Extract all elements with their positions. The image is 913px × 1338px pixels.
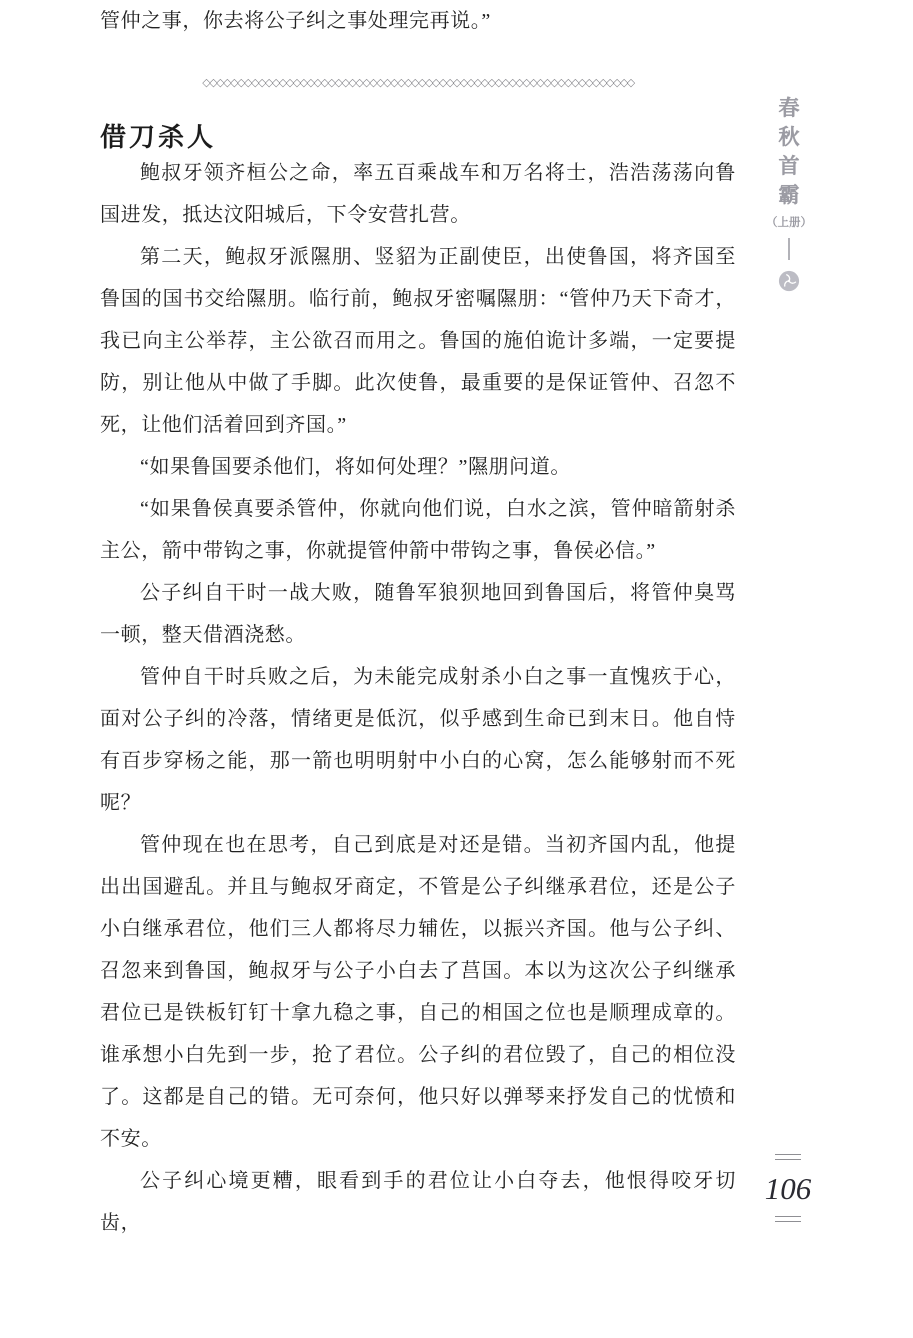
spine-divider-line	[788, 238, 790, 260]
volume-label: （上册）	[766, 216, 812, 230]
paragraph: 管仲现在也在思考，自己到底是对还是错。当初齐国内乱，他提出出国避乱。并且与鲍叔牙…	[100, 824, 736, 1160]
rule-above-page-number	[775, 1154, 801, 1160]
spine-title-char: 首	[779, 156, 800, 177]
continuation-line: 管仲之事，你去将公子纠之事处理完再说。”	[100, 0, 736, 42]
book-page: 管仲之事，你去将公子纠之事处理完再说。” ◇◇◇◇◇◇◇◇◇◇◇◇◇◇◇◇◇◇◇…	[0, 0, 913, 1338]
rule-below-page-number	[775, 1216, 801, 1222]
section-divider-ornament: ◇◇◇◇◇◇◇◇◇◇◇◇◇◇◇◇◇◇◇◇◇◇◇◇◇◇◇◇◇◇◇◇◇◇◇◇◇◇◇◇…	[100, 74, 736, 92]
spine-title-char: 秋	[779, 127, 800, 148]
paragraph: “如果鲁国要杀他们，将如何处理？”隰朋问道。	[100, 446, 736, 488]
paragraph: 公子纠心境更糟，眼看到手的君位让小白夺去，他恨得咬牙切齿，	[100, 1160, 736, 1244]
seal-ornament-icon	[778, 270, 800, 292]
book-spine-label: 春 秋 首 霸 （上册）	[760, 98, 818, 292]
chapter-heading: 借刀杀人	[100, 122, 736, 152]
paragraph: 公子纠自干时一战大败，随鲁军狼狈地回到鲁国后，将管仲臭骂一顿，整天借酒浇愁。	[100, 572, 736, 656]
paragraph: 第二天，鲍叔牙派隰朋、竖貂为正副使臣，出使鲁国，将齐国至鲁国的国书交给隰朋。临行…	[100, 236, 736, 446]
paragraph: 管仲自干时兵败之后，为未能完成射杀小白之事一直愧疚于心，面对公子纠的冷落，情绪更…	[100, 656, 736, 824]
text-column: 管仲之事，你去将公子纠之事处理完再说。” ◇◇◇◇◇◇◇◇◇◇◇◇◇◇◇◇◇◇◇…	[100, 0, 736, 1244]
page-number-block: 106	[764, 1154, 812, 1222]
spine-title-char: 霸	[779, 185, 800, 206]
page-number: 106	[765, 1173, 812, 1204]
spine-title-char: 春	[779, 98, 800, 119]
paragraph: “如果鲁侯真要杀管仲，你就向他们说，白水之滨，管仲暗箭射杀主公，箭中带钩之事，你…	[100, 488, 736, 572]
paragraph: 鲍叔牙领齐桓公之命，率五百乘战车和万名将士，浩浩荡荡向鲁国进发，抵达汶阳城后，下…	[100, 152, 736, 236]
